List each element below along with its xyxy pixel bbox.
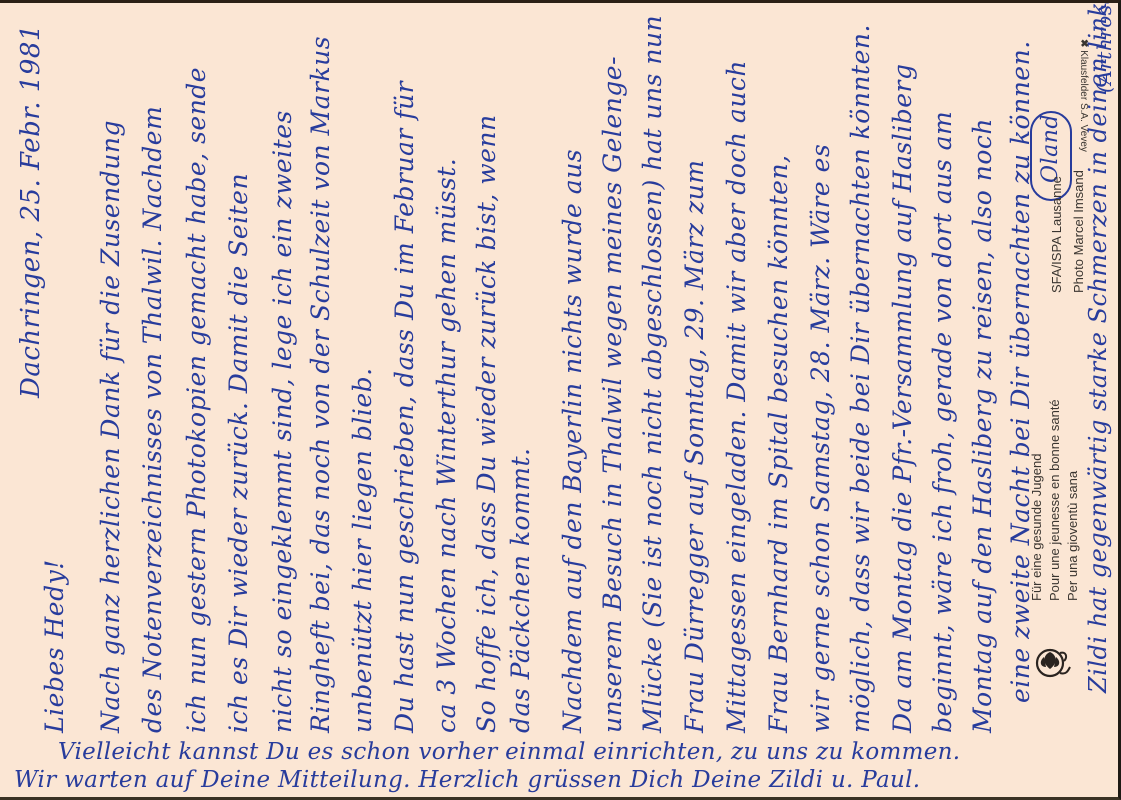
body-line: unbenützt hier liegen blieb.	[350, 367, 375, 733]
body-line: ca 3 Wochen nach Winterthur gehen müsst.	[434, 158, 459, 733]
body-line: Nach ganz herzlichen Dank für die Zusend…	[98, 120, 123, 733]
body-line: Frau Dürregger auf Sonntag, 29. März zum	[682, 160, 707, 733]
body-line: das Päckchen kommt.	[508, 448, 533, 734]
margin-note-arthrose: (Arthrose)	[1094, 0, 1114, 93]
imprint-slogan-fr: Pour une jeunesse en bonne santé	[1048, 399, 1061, 601]
salutation: Liebes Hedy!	[42, 559, 67, 733]
leaf-circle-logo	[1034, 643, 1074, 683]
body-line: Frau Bernhard im Spital besuchen könnten…	[766, 154, 791, 733]
body-line: möglich, dass wir beide bei Dir übernach…	[848, 24, 873, 733]
margin-note-oland: Oland	[1040, 114, 1062, 183]
closing-line-1: Vielleicht kannst Du es schon vorher ein…	[58, 739, 960, 765]
body-line: des Notenverzeichnisses von Thalwil. Nac…	[140, 106, 165, 733]
body-line: Montag auf den Hasliberg zu reisen, also…	[970, 118, 995, 733]
body-line: ich nun gestern Photokopien gemacht habe…	[184, 67, 209, 733]
imprint-credit-photo: Photo Marcel Imsand	[1072, 170, 1085, 293]
body-line: Du hast nun geschrieben, dass Du im Febr…	[392, 81, 417, 733]
imprint-slogan-de: Für eine gesunde Jugend	[1030, 454, 1043, 601]
body-line: unserem Besuch in Thalwil wegen meines G…	[600, 56, 625, 733]
postcard-back: Dachringen, 25. Febr. 1981 Liebes Hedy! …	[0, 0, 1121, 800]
body-line: Ringheft bei, das noch von der Schulzeit…	[308, 36, 333, 733]
closing-line-2: Wir warten auf Deine Mitteilung. Herzlic…	[14, 767, 920, 793]
body-line: Da am Montag die Pfr.-Versammlung auf Ha…	[890, 64, 915, 733]
body-line: ich es Dir wieder zurück. Damit die Seit…	[226, 173, 251, 733]
body-line: nicht so eingeklemmt sind, lege ich ein …	[270, 110, 295, 733]
imprint-credit-sfa: SFA/ISPA Lausanne	[1050, 176, 1063, 293]
imprint-slogan-it: Per una gioventù sana	[1066, 471, 1079, 601]
body-line: Nachdem auf den Bayerlin nichts wurde au…	[560, 149, 585, 733]
body-line: beginnt, wäre ich froh, gerade von dort …	[930, 111, 955, 733]
body-line: Mittagessen eingeladen. Damit wir aber d…	[724, 60, 749, 733]
body-line: So hoffe ich, dass Du wieder zurück bist…	[474, 114, 499, 733]
body-line: Zildi hat gegenwärtig starke Schmerzen i…	[1086, 0, 1110, 693]
arrow-mark-icon: ✖	[1078, 39, 1089, 47]
imprint-printer: ✖ Klausfelder S.A. Vevey	[1078, 39, 1088, 152]
body-line: wir gerne schon Samstag, 28. März. Wäre …	[808, 144, 833, 733]
body-line: Mlücke (Sie ist noch nicht abgeschlossen…	[640, 15, 665, 733]
